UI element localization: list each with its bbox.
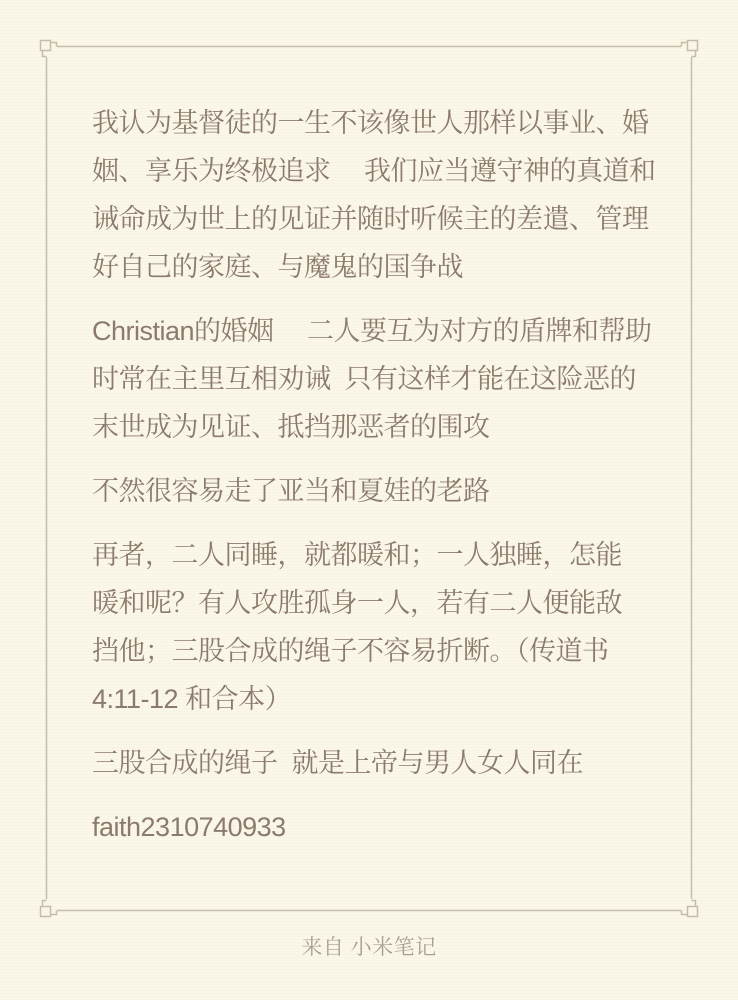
paragraph: 再者，二人同睡，就都暖和；一人独睡，怎能 暖和呢？有人攻胜孤身一人，若有二人便能… xyxy=(92,531,658,723)
corner-ornament-bottom-left xyxy=(41,901,57,917)
text-line: 好自己的家庭、与魔鬼的国争战 xyxy=(92,243,658,291)
text-line: 姻、享乐为终极追求 我们应当遵守神的真道和 xyxy=(92,147,658,195)
paragraph: 我认为基督徒的一生不该像世人那样以事业、婚 姻、享乐为终极追求 我们应当遵守神的… xyxy=(92,99,658,291)
corner-ornament-bottom-right xyxy=(682,901,698,917)
footer-label: 来自 小米笔记 xyxy=(301,936,436,959)
corner-ornament-top-right xyxy=(682,41,698,57)
text-line: Christian的婚姻 二人要互为对方的盾牌和帮助 xyxy=(92,307,658,355)
text-line: 末世成为见证、抵挡那恶者的围攻 xyxy=(92,403,658,451)
paragraph: 三股合成的绳子 就是上帝与男人女人同在 xyxy=(92,739,658,787)
note-share-card: 我认为基督徒的一生不该像世人那样以事业、婚 姻、享乐为终极追求 我们应当遵守神的… xyxy=(0,0,738,1000)
text-line: 不然很容易走了亚当和夏娃的老路 xyxy=(92,467,658,515)
text-line: 4:11-12 和合本） xyxy=(92,675,658,723)
text-line: faith2310740933 xyxy=(92,803,658,851)
text-line: 再者，二人同睡，就都暖和；一人独睡，怎能 xyxy=(92,531,658,579)
text-line: 诫命成为世上的见证并随时听候主的差遣、管理 xyxy=(92,195,658,243)
text-line: 三股合成的绳子 就是上帝与男人女人同在 xyxy=(92,739,658,787)
footer-attribution: 来自 小米笔记 xyxy=(0,935,738,961)
text-line: 暖和呢？有人攻胜孤身一人，若有二人便能敌 xyxy=(92,579,658,627)
text-line: 我认为基督徒的一生不该像世人那样以事业、婚 xyxy=(92,99,658,147)
text-line: 时常在主里互相劝诫 只有这样才能在这险恶的 xyxy=(92,355,658,403)
paragraph: Christian的婚姻 二人要互为对方的盾牌和帮助 时常在主里互相劝诫 只有这… xyxy=(92,307,658,451)
text-line: 挡他；三股合成的绳子不容易折断。（传道书 xyxy=(92,627,658,675)
paragraph: 不然很容易走了亚当和夏娃的老路 xyxy=(92,467,658,515)
paragraph: faith2310740933 xyxy=(92,803,658,851)
corner-ornament-top-left xyxy=(41,41,57,57)
note-body: 我认为基督徒的一生不该像世人那样以事业、婚 姻、享乐为终极追求 我们应当遵守神的… xyxy=(92,99,658,867)
